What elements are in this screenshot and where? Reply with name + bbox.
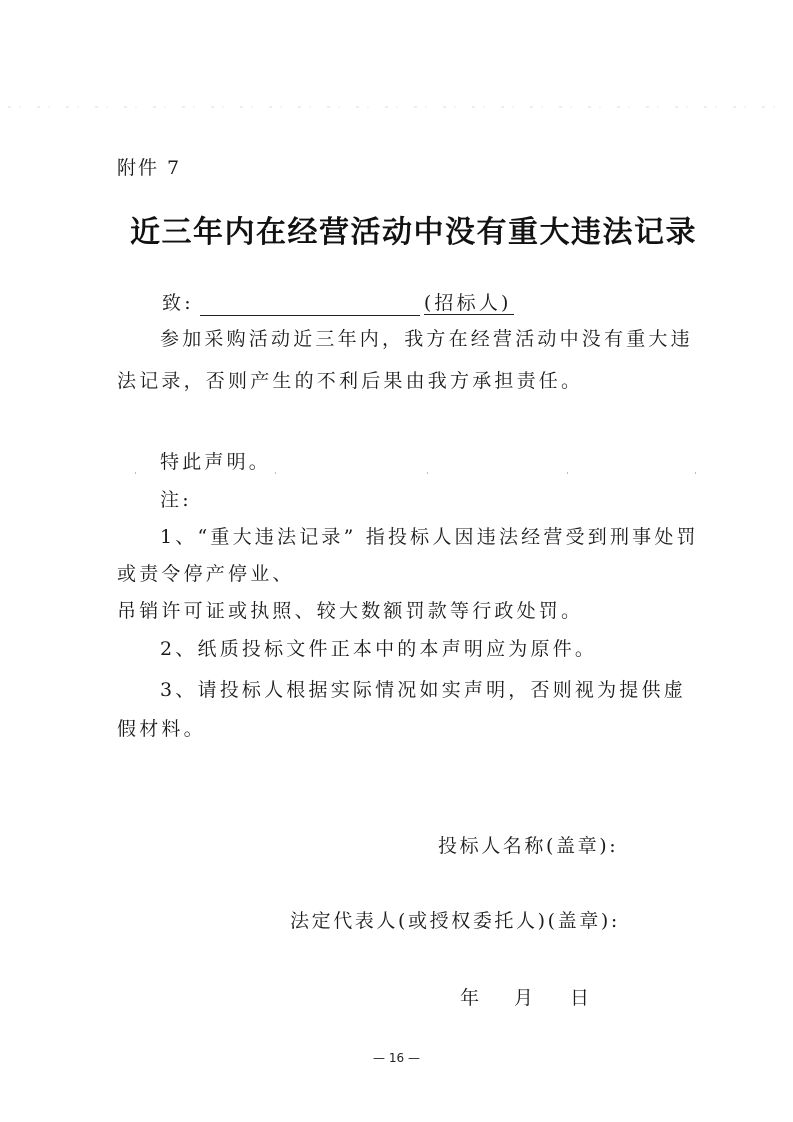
- declaration-text: 特此声明。: [160, 450, 271, 474]
- page-number: — 16 —: [0, 1051, 793, 1065]
- note-item-line: 3、请投标人根据实际情况如实声明，否则视为提供虚: [160, 678, 686, 702]
- scan-artifact-dots: [135, 472, 695, 474]
- note-item-line: 假材料。: [117, 717, 206, 741]
- note-item-line: 1、“重大违法记录” 指投标人因违法经营受到刑事处罚: [160, 525, 699, 549]
- note-item-line: 吊销许可证或执照、较大数额罚款等行政处罚。: [117, 599, 583, 623]
- notes-heading: 注:: [160, 488, 192, 512]
- body-paragraph-line: 法记录，否则产生的不利后果由我方承担责任。: [117, 369, 583, 393]
- attachment-label: 附件 7: [117, 156, 181, 180]
- date-year-label: 年: [460, 986, 479, 1010]
- salutation-prefix: 致:: [162, 292, 194, 314]
- note-item-line: 或责令停产停业、: [117, 562, 295, 586]
- date-day-label: 日: [570, 986, 589, 1010]
- document-page: 附件 7 近三年内在经营活动中没有重大违法记录 致:(招标人) 参加采购活动近三…: [0, 0, 793, 1122]
- note-item-line: 2、纸质投标文件正本中的本声明应为原件。: [160, 637, 597, 661]
- salutation-line: 致:(招标人): [162, 291, 514, 316]
- recipient-blank-field[interactable]: [200, 295, 420, 316]
- date-month-label: 月: [514, 986, 533, 1010]
- legal-representative-signature-label: 法定代表人(或授权委托人)(盖章):: [290, 909, 620, 933]
- bidder-name-signature-label: 投标人名称(盖章):: [438, 834, 618, 858]
- body-paragraph-line: 参加采购活动近三年内，我方在经营活动中没有重大违: [160, 327, 693, 351]
- document-title: 近三年内在经营活动中没有重大违法记录: [130, 213, 697, 253]
- scan-artifact-line: [8, 106, 783, 108]
- recipient-role: (招标人): [424, 292, 514, 315]
